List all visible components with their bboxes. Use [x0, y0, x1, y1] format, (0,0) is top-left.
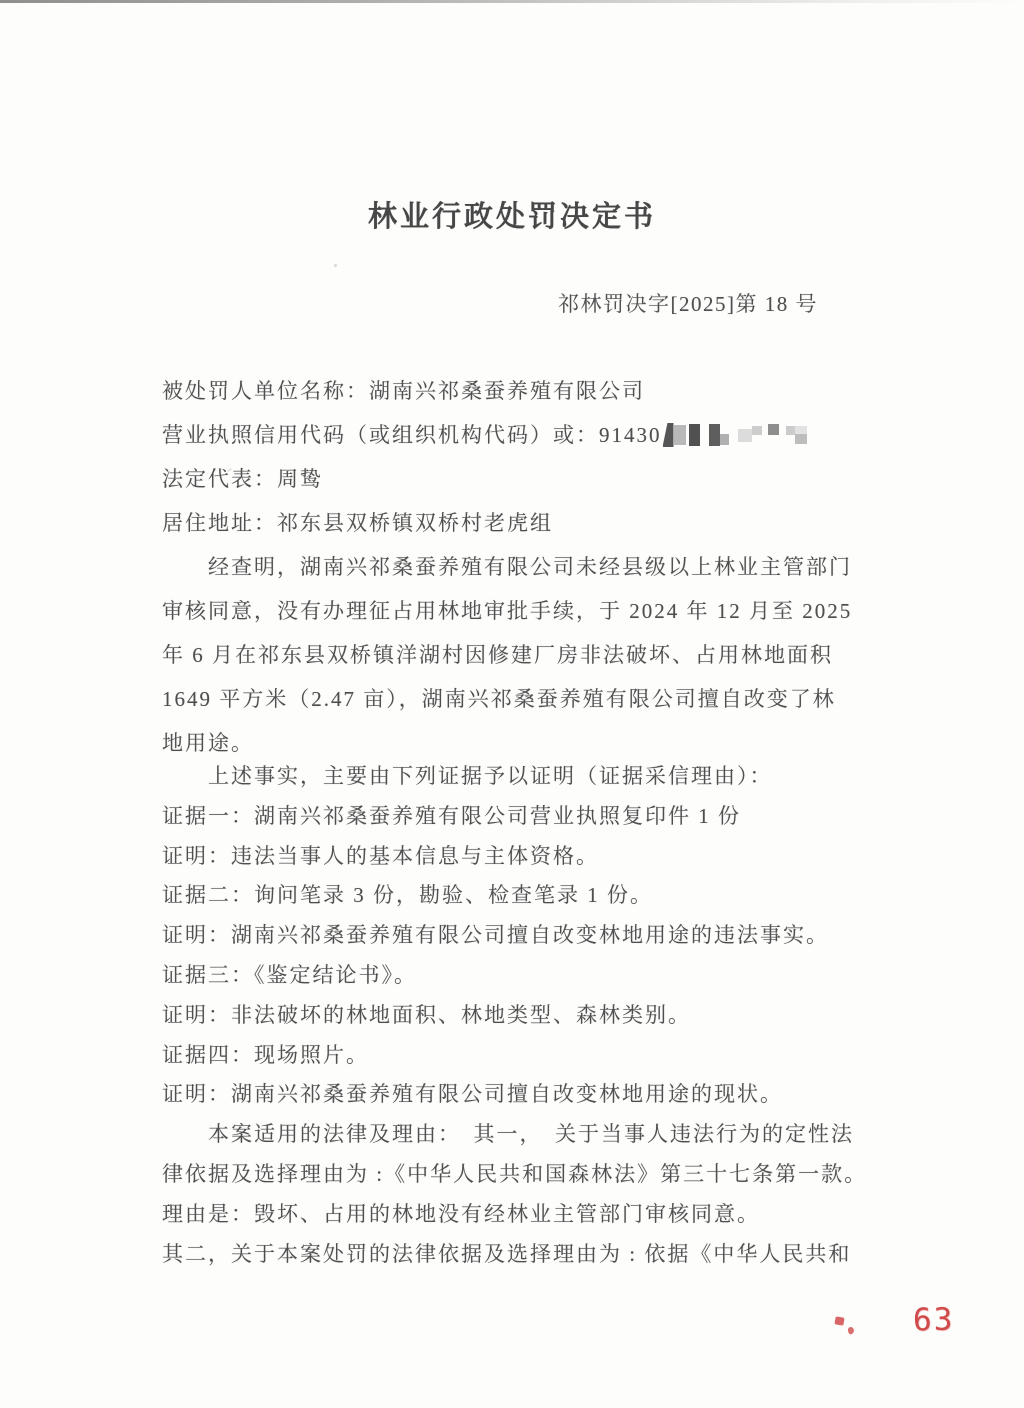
redaction-block — [738, 429, 752, 442]
party-name-line: 被处罚人单位名称：湖南兴祁桑蚕养殖有限公司 — [162, 369, 882, 413]
document-number: 祁林罚决字[2025]第 18 号 — [558, 291, 818, 317]
document-line: 其二，关于本案处罚的法律依据及选择理由为 : 依据《中华人民共和 — [162, 1235, 882, 1275]
redaction-block — [768, 424, 779, 435]
document-line: 经查明，湖南兴祁桑蚕养殖有限公司未经县级以上林业主管部门 — [162, 545, 882, 589]
document-line: 证据一：湖南兴祁桑蚕养殖有限公司营业执照复印件 1 份 — [162, 797, 882, 837]
document-title: 林业行政处罚决定书 — [0, 198, 1024, 236]
address-line: 居住地址：祁东县双桥镇双桥村老虎组 — [162, 501, 882, 545]
redaction-block — [786, 426, 795, 435]
document-line: 审核同意，没有办理征占用林地审批手续，于 2024 年 12 月至 2025 — [162, 589, 882, 633]
document-line: 1649 平方米（2.47 亩），湖南兴祁桑蚕养殖有限公司擅自改变了林 — [162, 677, 882, 721]
redaction-block — [795, 426, 807, 434]
document-line: 上述事实，主要由下列证据予以证明（证据采信理由）： — [162, 757, 882, 797]
document-line: 本案适用的法律及理由： 其一， 关于当事人违法行为的定性法 — [162, 1115, 882, 1155]
document-line: 理由是：毁坏、占用的林地没有经林业主管部门审核同意。 — [162, 1195, 882, 1235]
scan-speck — [334, 264, 337, 267]
document-line: 证明：非法破坏的林地面积、林地类型、森林类别。 — [162, 996, 882, 1036]
redaction-block — [674, 425, 686, 445]
document-line: 年 6 月在祁东县双桥镇洋湖村因修建厂房非法破坏、占用林地面积 — [162, 633, 882, 677]
redaction-block — [752, 426, 762, 435]
red-ink-mark — [847, 1326, 855, 1335]
license-code-prefix: 营业执照信用代码（或组织机构代码）或：91430 — [162, 423, 662, 447]
document-line: 证据三：《鉴定结论书》。 — [162, 956, 882, 996]
document-line: 证据二：询问笔录 3 份，勘验、检查笔录 1 份。 — [162, 876, 882, 916]
document-line: 证明：违法当事人的基本信息与主体资格。 — [162, 837, 882, 877]
license-code-line: 营业执照信用代码（或组织机构代码）或：91430 — [162, 413, 882, 457]
scan-edge-line — [0, 0, 1024, 3]
party-info: 被处罚人单位名称：湖南兴祁桑蚕养殖有限公司 营业执照信用代码（或组织机构代码）或… — [162, 369, 882, 545]
document-line: 证据四：现场照片。 — [162, 1036, 882, 1076]
party-and-findings-section: 被处罚人单位名称：湖南兴祁桑蚕养殖有限公司 营业执照信用代码（或组织机构代码）或… — [162, 369, 882, 765]
legal-representative-line: 法定代表：周鸷 — [162, 457, 882, 501]
evidence-paragraph: 上述事实，主要由下列证据予以证明（证据采信理由）：证据一：湖南兴祁桑蚕养殖有限公… — [162, 757, 882, 1115]
red-ink-mark — [834, 1316, 844, 1325]
redaction-block — [663, 423, 674, 447]
redaction-block — [689, 424, 700, 446]
redaction-block — [720, 434, 729, 445]
redaction-block — [795, 434, 807, 444]
legal-basis-paragraph: 本案适用的法律及理由： 其一， 关于当事人违法行为的定性法律依据及选择理由为 :… — [162, 1115, 882, 1274]
document-line: 证明：湖南兴祁桑蚕养殖有限公司擅自改变林地用途的现状。 — [162, 1075, 882, 1115]
document-line: 证明：湖南兴祁桑蚕养殖有限公司擅自改变林地用途的违法事实。 — [162, 916, 882, 956]
red-page-number-stamp: 63 — [913, 1303, 955, 1338]
evidence-and-legal-section: 上述事实，主要由下列证据予以证明（证据采信理由）：证据一：湖南兴祁桑蚕养殖有限公… — [162, 757, 882, 1274]
scanned-document-page: 林业行政处罚决定书 祁林罚决字[2025]第 18 号 被处罚人单位名称：湖南兴… — [0, 0, 1024, 1408]
redaction-mosaic — [663, 422, 809, 448]
redaction-block — [709, 424, 720, 446]
findings-paragraph: 经查明，湖南兴祁桑蚕养殖有限公司未经县级以上林业主管部门审核同意，没有办理征占用… — [162, 545, 882, 765]
document-line: 律依据及选择理由为 :《中华人民共和国森林法》第三十七条第一款。 — [162, 1155, 882, 1195]
